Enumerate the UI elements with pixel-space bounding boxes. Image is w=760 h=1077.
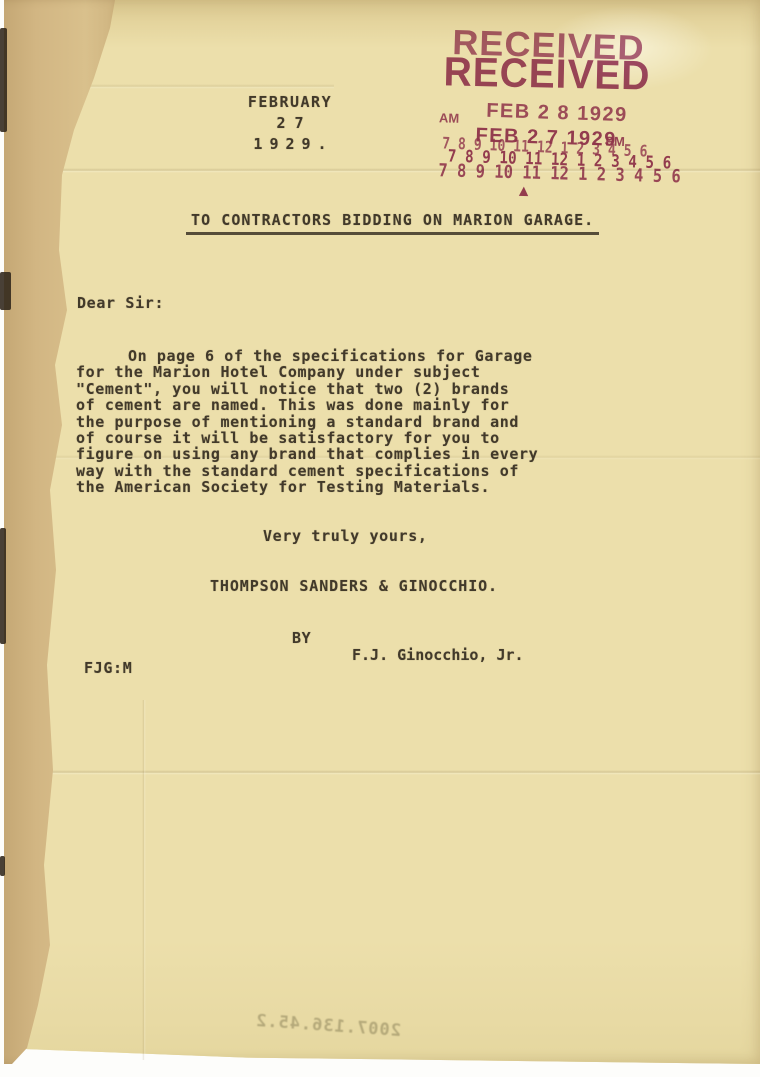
typist-initials: FJG:M bbox=[84, 659, 132, 677]
stamp-am-label: AM bbox=[439, 110, 460, 126]
by-label: BY bbox=[292, 629, 311, 647]
letter-body: On page 6 of the specifications for Gara… bbox=[76, 348, 538, 496]
subject-line: TO CONTRACTORS BIDDING ON MARION GARAGE. bbox=[186, 211, 599, 235]
company-name: THOMPSON SANDERS & GINOCCHIO. bbox=[210, 577, 498, 595]
closing: Very truly yours, bbox=[263, 527, 428, 545]
scan-edge-mark bbox=[0, 528, 6, 644]
salutation: Dear Sir: bbox=[77, 294, 164, 312]
body-line: On page 6 of the specifications for Gara… bbox=[76, 348, 538, 364]
received-stamp: RECEIVED RECEIVED FEB 2 8 1929 FEB 2 7 1… bbox=[435, 22, 681, 219]
stamp-pointer-triangle-icon: ▲ bbox=[515, 183, 531, 201]
body-line: "Cement", you will notice that two (2) b… bbox=[76, 381, 538, 397]
scan-edge-mark bbox=[0, 28, 7, 132]
signature: F.J. Ginocchio, Jr. bbox=[352, 646, 524, 664]
body-line: the American Society for Testing Materia… bbox=[76, 479, 538, 495]
dateline-month: FEBRUARY bbox=[240, 93, 340, 111]
dateline-year: 1929. bbox=[228, 135, 352, 153]
body-line: figure on using any brand that complies … bbox=[76, 446, 538, 462]
body-line: the purpose of mentioning a standard bra… bbox=[76, 414, 538, 430]
scan-edge-mark bbox=[0, 856, 5, 876]
body-line: of course it will be satisfactory for yo… bbox=[76, 430, 538, 446]
received-stamp-text-bottom: RECEIVED bbox=[443, 48, 651, 99]
stamp-date-feb-28: FEB 2 8 1929 bbox=[486, 100, 628, 127]
body-line: of cement are named. This was done mainl… bbox=[76, 397, 538, 413]
body-line: way with the standard cement specificati… bbox=[76, 463, 538, 479]
scanned-letter-page: FEBRUARY 27 1929. RECEIVED RECEIVED FEB … bbox=[0, 0, 760, 1077]
dateline-day: 27 bbox=[240, 114, 340, 132]
body-line: for the Marion Hotel Company under subje… bbox=[76, 364, 538, 380]
scan-edge-mark bbox=[0, 272, 11, 310]
